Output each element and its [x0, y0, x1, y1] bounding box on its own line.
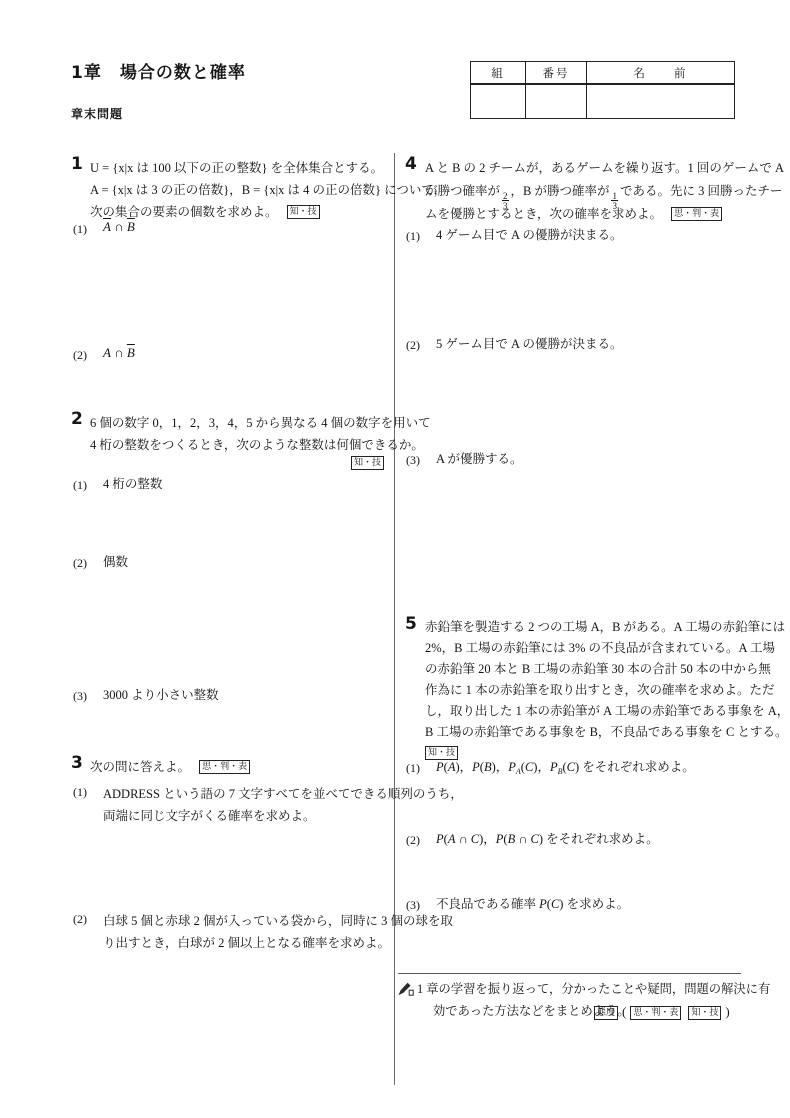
problem-2-part-2-text: 偶数 [103, 554, 128, 570]
worksheet-page: 1章 場合の数と確率 章末問題 組 番号 名 前 1 U = {x|x は 10… [0, 0, 790, 1118]
problem-3-part-2-text: 白球 5 個と赤球 2 個が入っている袋から，同時に 3 個の球を取 り出すとき… [103, 910, 453, 954]
paren-open: ( [622, 1004, 626, 1019]
footer-badges: 態度 ( 思・判・表 知・技 ) [591, 1003, 730, 1021]
problem-1-part-2-label: (2) [73, 347, 87, 363]
name-header: 名 前 [587, 62, 735, 85]
section-subtitle: 章末問題 [71, 105, 123, 122]
problem-5-stem: 赤鉛筆を製造する 2 つの工場 A，B がある。A 工場の赤鉛筆には 2%，B … [425, 617, 740, 764]
problem-1-part-1-expression: A ∩ B [103, 219, 135, 235]
class-header: 組 [471, 62, 526, 85]
knowledge-skill-badge: 知・技 [287, 205, 320, 219]
problem-1-stem-line-1: U = {x|x は 100 以下の正の整数} を全体集合とする。 [90, 157, 392, 179]
problem-2-part-3-label: (3) [73, 688, 87, 704]
problem-4-stem-text: ムを優勝とするとき，次の確率を求めよ。 [425, 207, 662, 221]
problem-1-stem-line-2: A = {x|x は 3 の正の倍数}，B = {x|x は 4 の正の倍数} … [90, 179, 392, 201]
problem-3-part-1-text: ADDRESS という語の 7 文字すべてを並べてできる順列のうち， 両端に同じ… [103, 783, 463, 827]
problem-5-part-3-text: 不良品である確率 P(C) を求めよ。 [436, 896, 629, 912]
problem-4-part-1-label: (1) [406, 228, 420, 244]
problem-4-number: 4 [405, 156, 417, 173]
problem-5-part-3-label: (3) [406, 897, 420, 913]
problem-3-stem-text: 次の問に答えよ。 [90, 760, 190, 774]
problem-5-stem-line-5: し，取り出した 1 本の赤鉛筆が A 工場の赤鉛筆である事象を A， [425, 701, 740, 722]
problem-3-part-1-line-2: 両端に同じ文字がくる確率を求めよ。 [103, 805, 463, 827]
name-table-entry-row [471, 84, 735, 119]
problem-1-part-2-expression: A ∩ B [103, 345, 135, 361]
footer-divider [398, 973, 741, 974]
problem-2-stem-line-1: 6 個の数字 0，1，2，3，4，5 から異なる 4 個の数字を用いて [90, 412, 392, 434]
problem-5-part-1-label: (1) [406, 760, 420, 776]
knowledge-skill-badge: 知・技 [425, 746, 458, 760]
problem-3-stem-line-1: 次の問に答えよ。 思・判・表 [90, 756, 392, 778]
problem-5-part-2-text: P(A ∩ C)，P(B ∩ C) をそれぞれ求めよ。 [436, 831, 659, 847]
problem-4-stem-line-3: ムを優勝とするとき，次の確率を求めよ。 思・判・表 [425, 203, 740, 226]
problem-5-number: 5 [405, 616, 417, 633]
knowledge-skill-badge: 知・技 [351, 456, 384, 470]
problem-4-part-2-label: (2) [406, 337, 420, 353]
attitude-badge: 態度 [594, 1006, 618, 1020]
problem-4-stem-line-2: が勝つ確率が23，B が勝つ確率が13である。先に 3 回勝ったチー [425, 180, 740, 203]
problem-5-stem-line-3: の赤鉛筆 20 本と B 工場の赤鉛筆 30 本の合計 50 本の中から無 [425, 659, 740, 680]
problem-1-number: 1 [71, 156, 83, 173]
thinking-judgment-expression-badge: 思・判・表 [630, 1006, 681, 1020]
thinking-judgment-expression-badge: 思・判・表 [199, 760, 250, 774]
problem-3-number: 3 [71, 755, 83, 772]
problem-4-part-3-label: (3) [406, 452, 420, 468]
problem-5-stem-line-2: 2%，B 工場の赤鉛筆には 3% の不良品が含まれている。A 工場 [425, 638, 740, 659]
knowledge-skill-badge: 知・技 [688, 1006, 721, 1020]
problem-1-stem-text: 次の集合の要素の個数を求めよ。 [90, 205, 278, 219]
class-input-cell[interactable] [471, 84, 526, 119]
problem-3-part-1-line-1: ADDRESS という語の 7 文字すべてを並べてできる順列のうち， [103, 783, 463, 805]
problem-3-part-2-label: (2) [73, 911, 87, 927]
problem-5-part-2-label: (2) [406, 832, 420, 848]
problem-2-stem-line-2: 4 桁の整数をつくるとき，次のような整数は何個できるか。 [90, 434, 392, 456]
problem-4-part-3-text: A が優勝する。 [436, 451, 522, 467]
problem-4-stem: A と B の 2 チームが，あるゲームを繰り返す。1 回のゲームで A が勝つ… [425, 157, 740, 226]
problem-4-part-1-text: 4 ゲーム目で A の優勝が決まる。 [436, 227, 622, 243]
problem-3-part-1-label: (1) [73, 784, 87, 800]
problem-5-stem-line-4: 作為に 1 本の赤鉛筆を取り出すとき，次の確率を求めよ。ただ [425, 680, 740, 701]
paren-close: ) [725, 1004, 729, 1019]
footer-note-line-1: 1 章の学習を振り返って，分かったことや疑問，問題の解決に有 [417, 979, 770, 1000]
problem-3-part-2-line-1: 白球 5 個と赤球 2 個が入っている袋から，同時に 3 個の球を取 [103, 910, 453, 932]
problem-2-stem: 6 個の数字 0，1，2，3，4，5 から異なる 4 個の数字を用いて 4 桁の… [90, 412, 392, 456]
problem-5-part-1-text: P(A)，P(B)，PA(C)，PB(C) をそれぞれ求めよ。 [436, 759, 695, 780]
problem-4-stem-line-1: A と B の 2 チームが，あるゲームを繰り返す。1 回のゲームで A [425, 157, 740, 180]
problem-5-stem-line-6: B 工場の赤鉛筆である事象を B，不良品である事象を C とする。 [425, 722, 740, 743]
problem-1-stem: U = {x|x は 100 以下の正の整数} を全体集合とする。 A = {x… [90, 157, 392, 223]
pencil-memo-icon [398, 982, 414, 996]
problem-1-stem-line-3: 次の集合の要素の個数を求めよ。 知・技 [90, 201, 392, 223]
problem-2-part-1-label: (1) [73, 477, 87, 493]
problem-2-part-2-label: (2) [73, 555, 87, 571]
problem-1-part-1-label: (1) [73, 221, 87, 237]
thinking-judgment-expression-badge: 思・判・表 [671, 207, 722, 221]
number-header: 番号 [526, 62, 587, 85]
problem-2-number: 2 [71, 411, 83, 428]
name-entry-table: 組 番号 名 前 [470, 61, 735, 119]
problem-2-part-3-text: 3000 より小さい整数 [103, 687, 219, 703]
problem-3-part-2-line-2: り出すとき，白球が 2 個以上となる確率を求めよ。 [103, 932, 453, 954]
name-input-cell[interactable] [587, 84, 735, 119]
problem-4-part-2-text: 5 ゲーム目で A の優勝が決まる。 [436, 336, 622, 352]
name-table-header-row: 組 番号 名 前 [471, 62, 735, 85]
page-title: 1章 場合の数と確率 [71, 58, 246, 83]
problem-3-stem: 次の問に答えよ。 思・判・表 [90, 756, 392, 778]
problem-5-stem-line-1: 赤鉛筆を製造する 2 つの工場 A，B がある。A 工場の赤鉛筆には [425, 617, 740, 638]
problem-2-part-1-text: 4 桁の整数 [103, 476, 162, 492]
number-input-cell[interactable] [526, 84, 587, 119]
